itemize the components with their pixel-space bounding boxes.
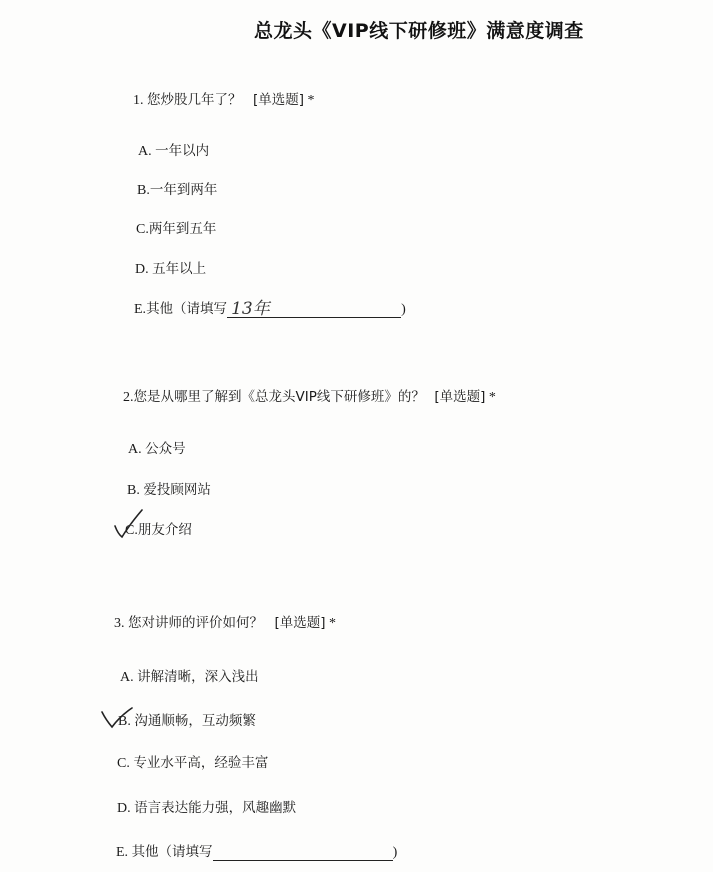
question-type: [单选题] <box>434 389 485 405</box>
q3-option-a[interactable]: A. 讲解清晰，深入浅出 <box>120 665 259 686</box>
question-text: 您对讲师的评价如何？ <box>128 615 263 631</box>
question-1: 1. 您炒股几年了？ [单选题] * <box>133 88 315 109</box>
page-title: 总龙头《VIP线下研修班》满意度调查 <box>254 16 584 43</box>
q1-option-b[interactable]: B.一年到两年 <box>137 178 217 199</box>
question-text: 您炒股几年了？ <box>147 92 242 108</box>
option-letter: A. <box>128 442 142 457</box>
option-text: 两年到五年 <box>149 221 217 237</box>
option-text: 讲解清晰，深入浅出 <box>137 669 259 685</box>
q1-option-e[interactable]: E.其他（请填写13年) <box>134 297 406 318</box>
option-letter: D. <box>135 262 149 277</box>
required-mark: * <box>308 93 315 108</box>
q1-option-a[interactable]: A. 一年以内 <box>138 139 209 160</box>
question-3: 3. 您对讲师的评价如何？ [单选题] * <box>114 611 336 632</box>
option-letter: A. <box>120 670 134 685</box>
close-paren: ) <box>393 845 398 860</box>
q1-option-c[interactable]: C.两年到五年 <box>136 217 216 238</box>
option-text: 其他（请填写 <box>132 844 213 860</box>
question-type: [单选题] <box>275 615 326 631</box>
option-text: 公众号 <box>145 441 186 457</box>
q2-option-a[interactable]: A. 公众号 <box>128 437 186 458</box>
fill-in-field[interactable] <box>213 844 393 861</box>
option-text: 沟通顺畅，互动频繁 <box>134 713 256 729</box>
q3-option-c[interactable]: C. 专业水平高，经验丰富 <box>117 751 268 772</box>
option-letter: B. <box>137 183 150 198</box>
option-letter: C. <box>136 222 149 237</box>
option-letter: C. <box>117 756 130 771</box>
option-text: 五年以上 <box>152 261 206 277</box>
option-letter: E. <box>116 845 128 860</box>
close-paren: ) <box>401 302 406 317</box>
option-letter: E. <box>134 302 146 317</box>
handwritten-answer: 13年 <box>231 294 270 319</box>
question-type: [单选题] <box>253 92 304 108</box>
option-text: 语言表达能力强，风趣幽默 <box>134 800 296 816</box>
q1-option-d[interactable]: D. 五年以上 <box>135 257 206 278</box>
question-number: 2. <box>123 390 134 405</box>
question-text: 您是从哪里了解到《总龙头VIP线下研修班》的？ <box>134 389 425 405</box>
q2-option-b[interactable]: B. 爱投顾网站 <box>127 478 211 499</box>
question-2: 2.您是从哪里了解到《总龙头VIP线下研修班》的？ [单选题] * <box>123 385 496 406</box>
question-number: 3. <box>114 616 125 631</box>
q3-option-d[interactable]: D. 语言表达能力强，风趣幽默 <box>117 796 296 817</box>
question-number: 1. <box>133 93 144 108</box>
option-letter: D. <box>117 801 131 816</box>
option-text: 专业水平高，经验丰富 <box>133 755 268 771</box>
checkmark-icon <box>100 704 136 730</box>
survey-page: 总龙头《VIP线下研修班》满意度调查 1. 您炒股几年了？ [单选题] * A.… <box>0 0 713 872</box>
required-mark: * <box>329 616 336 631</box>
checkmark-icon <box>112 508 148 540</box>
option-text: 一年到两年 <box>150 182 218 198</box>
q3-option-e[interactable]: E. 其他（请填写) <box>116 840 397 861</box>
option-text: 一年以内 <box>155 143 209 159</box>
option-letter: A. <box>138 144 152 159</box>
option-text: 其他（请填写 <box>146 301 227 317</box>
option-letter: B. <box>127 483 140 498</box>
required-mark: * <box>489 390 496 405</box>
option-text: 爱投顾网站 <box>143 482 211 498</box>
q3-option-b[interactable]: B. 沟通顺畅，互动频繁 <box>118 709 256 730</box>
fill-in-field[interactable]: 13年 <box>227 301 401 318</box>
